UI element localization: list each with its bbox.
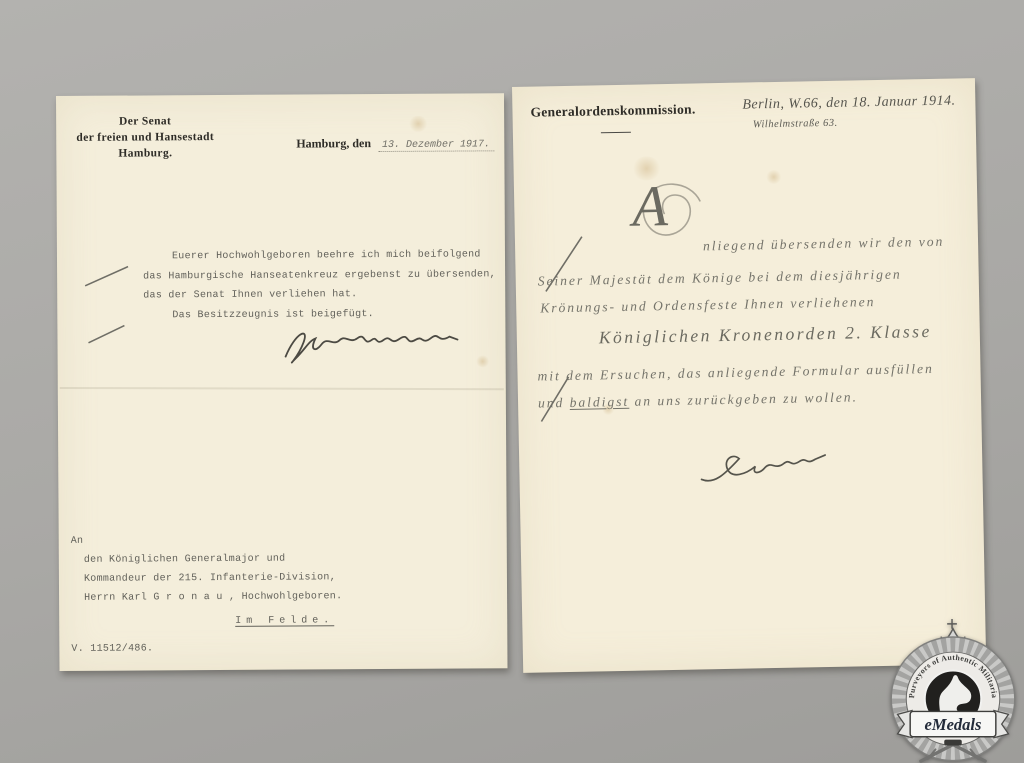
hand-line: Seiner Majestät dem Könige bei dem diesj… bbox=[538, 267, 902, 290]
dateline-hamburg: Hamburg, den 13. Dezember 1917. bbox=[296, 135, 494, 152]
photo-background: Der Senat der freien und Hansestadt Hamb… bbox=[0, 0, 1024, 763]
document-right-generalordenskommission: Generalordenskommission. Berlin, W.66, d… bbox=[512, 78, 986, 673]
letterhead-line2: der freien und Hansestadt bbox=[66, 129, 224, 146]
foxing-spot bbox=[408, 116, 428, 132]
body-line: das Hamburgische Hanseatenkreuz ergebens… bbox=[143, 265, 496, 287]
field-post-line: Im Felde. bbox=[235, 615, 334, 627]
reference-number: V. 11512/486. bbox=[71, 643, 153, 655]
letterhead-generalordenskommission: Generalordenskommission. bbox=[530, 101, 695, 120]
hand-line-part: an uns zurückgeben zu wollen. bbox=[629, 389, 858, 408]
hand-line: mit dem Ersuchen, das anliegende Formula… bbox=[537, 361, 934, 385]
recipient-line: Herrn Karl G r o n a u , Hochwohlgeboren… bbox=[84, 587, 342, 608]
hand-line-award: Königlichen Kronenorden 2. Klasse bbox=[599, 321, 932, 348]
letterhead-line3: Hamburg. bbox=[66, 145, 224, 162]
body-line: Euerer Hochwohlgeboren beehre ich mich b… bbox=[143, 245, 496, 267]
body-line: Das Besitzzeugnis ist beigefügt. bbox=[143, 304, 496, 326]
hand-line: Krönungs- und Ordensfeste Ihnen verliehe… bbox=[540, 294, 875, 316]
hand-line: und baldigst an uns zurückgeben zu wolle… bbox=[538, 389, 858, 411]
signature-hagedorn bbox=[285, 333, 457, 363]
dateline-label: Hamburg, den bbox=[296, 136, 371, 150]
typed-date: 13. Dezember 1917. bbox=[378, 139, 494, 152]
recipient-block: An den Königlichen Generalmajor und Komm… bbox=[71, 530, 343, 608]
hand-line: nliegend übersenden wir den von bbox=[703, 234, 944, 255]
letterhead-underline bbox=[601, 132, 631, 134]
body-line: das der Senat Ihnen verliehen hat. bbox=[143, 284, 496, 306]
emedals-watermark-badge: Purveyors of Authentic Militaria eMedals bbox=[880, 617, 1024, 763]
dateline-berlin: Berlin, W.66, den 18. Januar 1914. bbox=[742, 93, 956, 113]
hand-line-part: und bbox=[538, 395, 570, 411]
hand-word-underlined: baldigst bbox=[570, 394, 630, 410]
crown-cross bbox=[947, 619, 957, 629]
pen-slash-mark bbox=[88, 326, 124, 343]
recipient-line: An bbox=[71, 530, 342, 551]
fold-crease bbox=[60, 385, 504, 392]
foxing-spot bbox=[766, 170, 782, 184]
letter-body: Euerer Hochwohlgeboren beehre ich mich b… bbox=[143, 245, 496, 325]
document-left-senat-hamburg: Der Senat der freien und Hansestadt Hamb… bbox=[56, 93, 508, 671]
street-address: Wilhelmstraße 63. bbox=[753, 118, 838, 131]
letterhead-senat-hamburg: Der Senat der freien und Hansestadt Hamb… bbox=[66, 113, 224, 162]
emedals-brand-text: eMedals bbox=[925, 715, 982, 734]
banner-tag bbox=[944, 740, 962, 746]
ornate-initial: A bbox=[632, 176, 669, 237]
signature-official bbox=[701, 455, 825, 481]
letterhead-line1: Der Senat bbox=[66, 113, 224, 130]
recipient-line: Kommandeur der 215. Infanterie-Division, bbox=[84, 568, 342, 589]
recipient-line: den Königlichen Generalmajor und bbox=[84, 549, 342, 570]
foxing-spot bbox=[476, 355, 490, 367]
pen-slash-mark bbox=[85, 267, 128, 286]
